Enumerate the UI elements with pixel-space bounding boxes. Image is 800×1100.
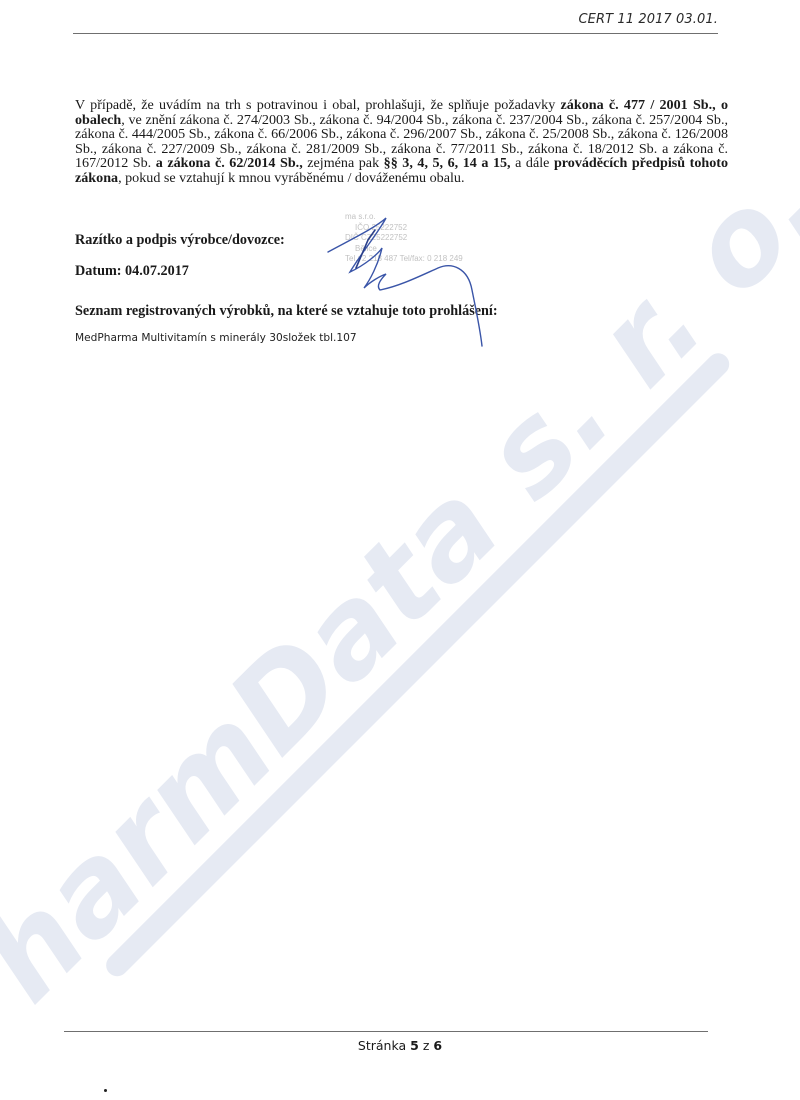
stamp-line: DIČ CZ25222752: [305, 233, 465, 244]
declaration-paragraph: V případě, že uvádím na trh s potravinou…: [75, 98, 728, 186]
page-current: 5: [410, 1038, 419, 1053]
product-list-heading: Seznam registrovaných výrobků, na které …: [75, 303, 498, 320]
date-label: Datum: 04.07.2017: [75, 263, 189, 280]
declaration-segment: a zákona č. 62/2014 Sb.,: [156, 155, 303, 171]
declaration-segment: , pokud se vztahují k mnou vyráběnému / …: [118, 170, 464, 186]
page-separator: z: [423, 1038, 430, 1053]
footer-rule: [64, 1031, 708, 1032]
header-rule: [73, 33, 718, 34]
stamp-line: ma s.r.o.: [305, 212, 465, 223]
declaration-segment: zejména pak: [303, 155, 384, 171]
declaration-segment: V případě, že uvádím na trh s potravinou…: [75, 97, 561, 113]
declaration-segment: a dále: [511, 155, 554, 171]
product-list-item: MedPharma Multivitamín s minerály 30slož…: [75, 332, 357, 344]
stamp-line: Bělice: [305, 244, 465, 255]
stamp-line: Tel.: 2 218 487 Tel/fax: 0 218 249: [305, 254, 465, 265]
declaration-segment: §§ 3, 4, 5, 6, 14 a 15,: [384, 155, 511, 171]
page-total: 6: [433, 1038, 442, 1053]
company-stamp: ma s.r.o.IČO 25222752DIČ CZ25222752Bělic…: [305, 212, 465, 294]
scan-speck: [104, 1089, 107, 1092]
stamp-signature-label: Razítko a podpis výrobce/dovozce:: [75, 232, 285, 249]
page-label: Stránka: [358, 1038, 406, 1053]
document-code: CERT 11 2017 03.01.: [578, 12, 718, 27]
page-number: Stránka 5 z 6: [0, 1038, 800, 1053]
stamp-line: IČO 25222752: [305, 223, 465, 234]
